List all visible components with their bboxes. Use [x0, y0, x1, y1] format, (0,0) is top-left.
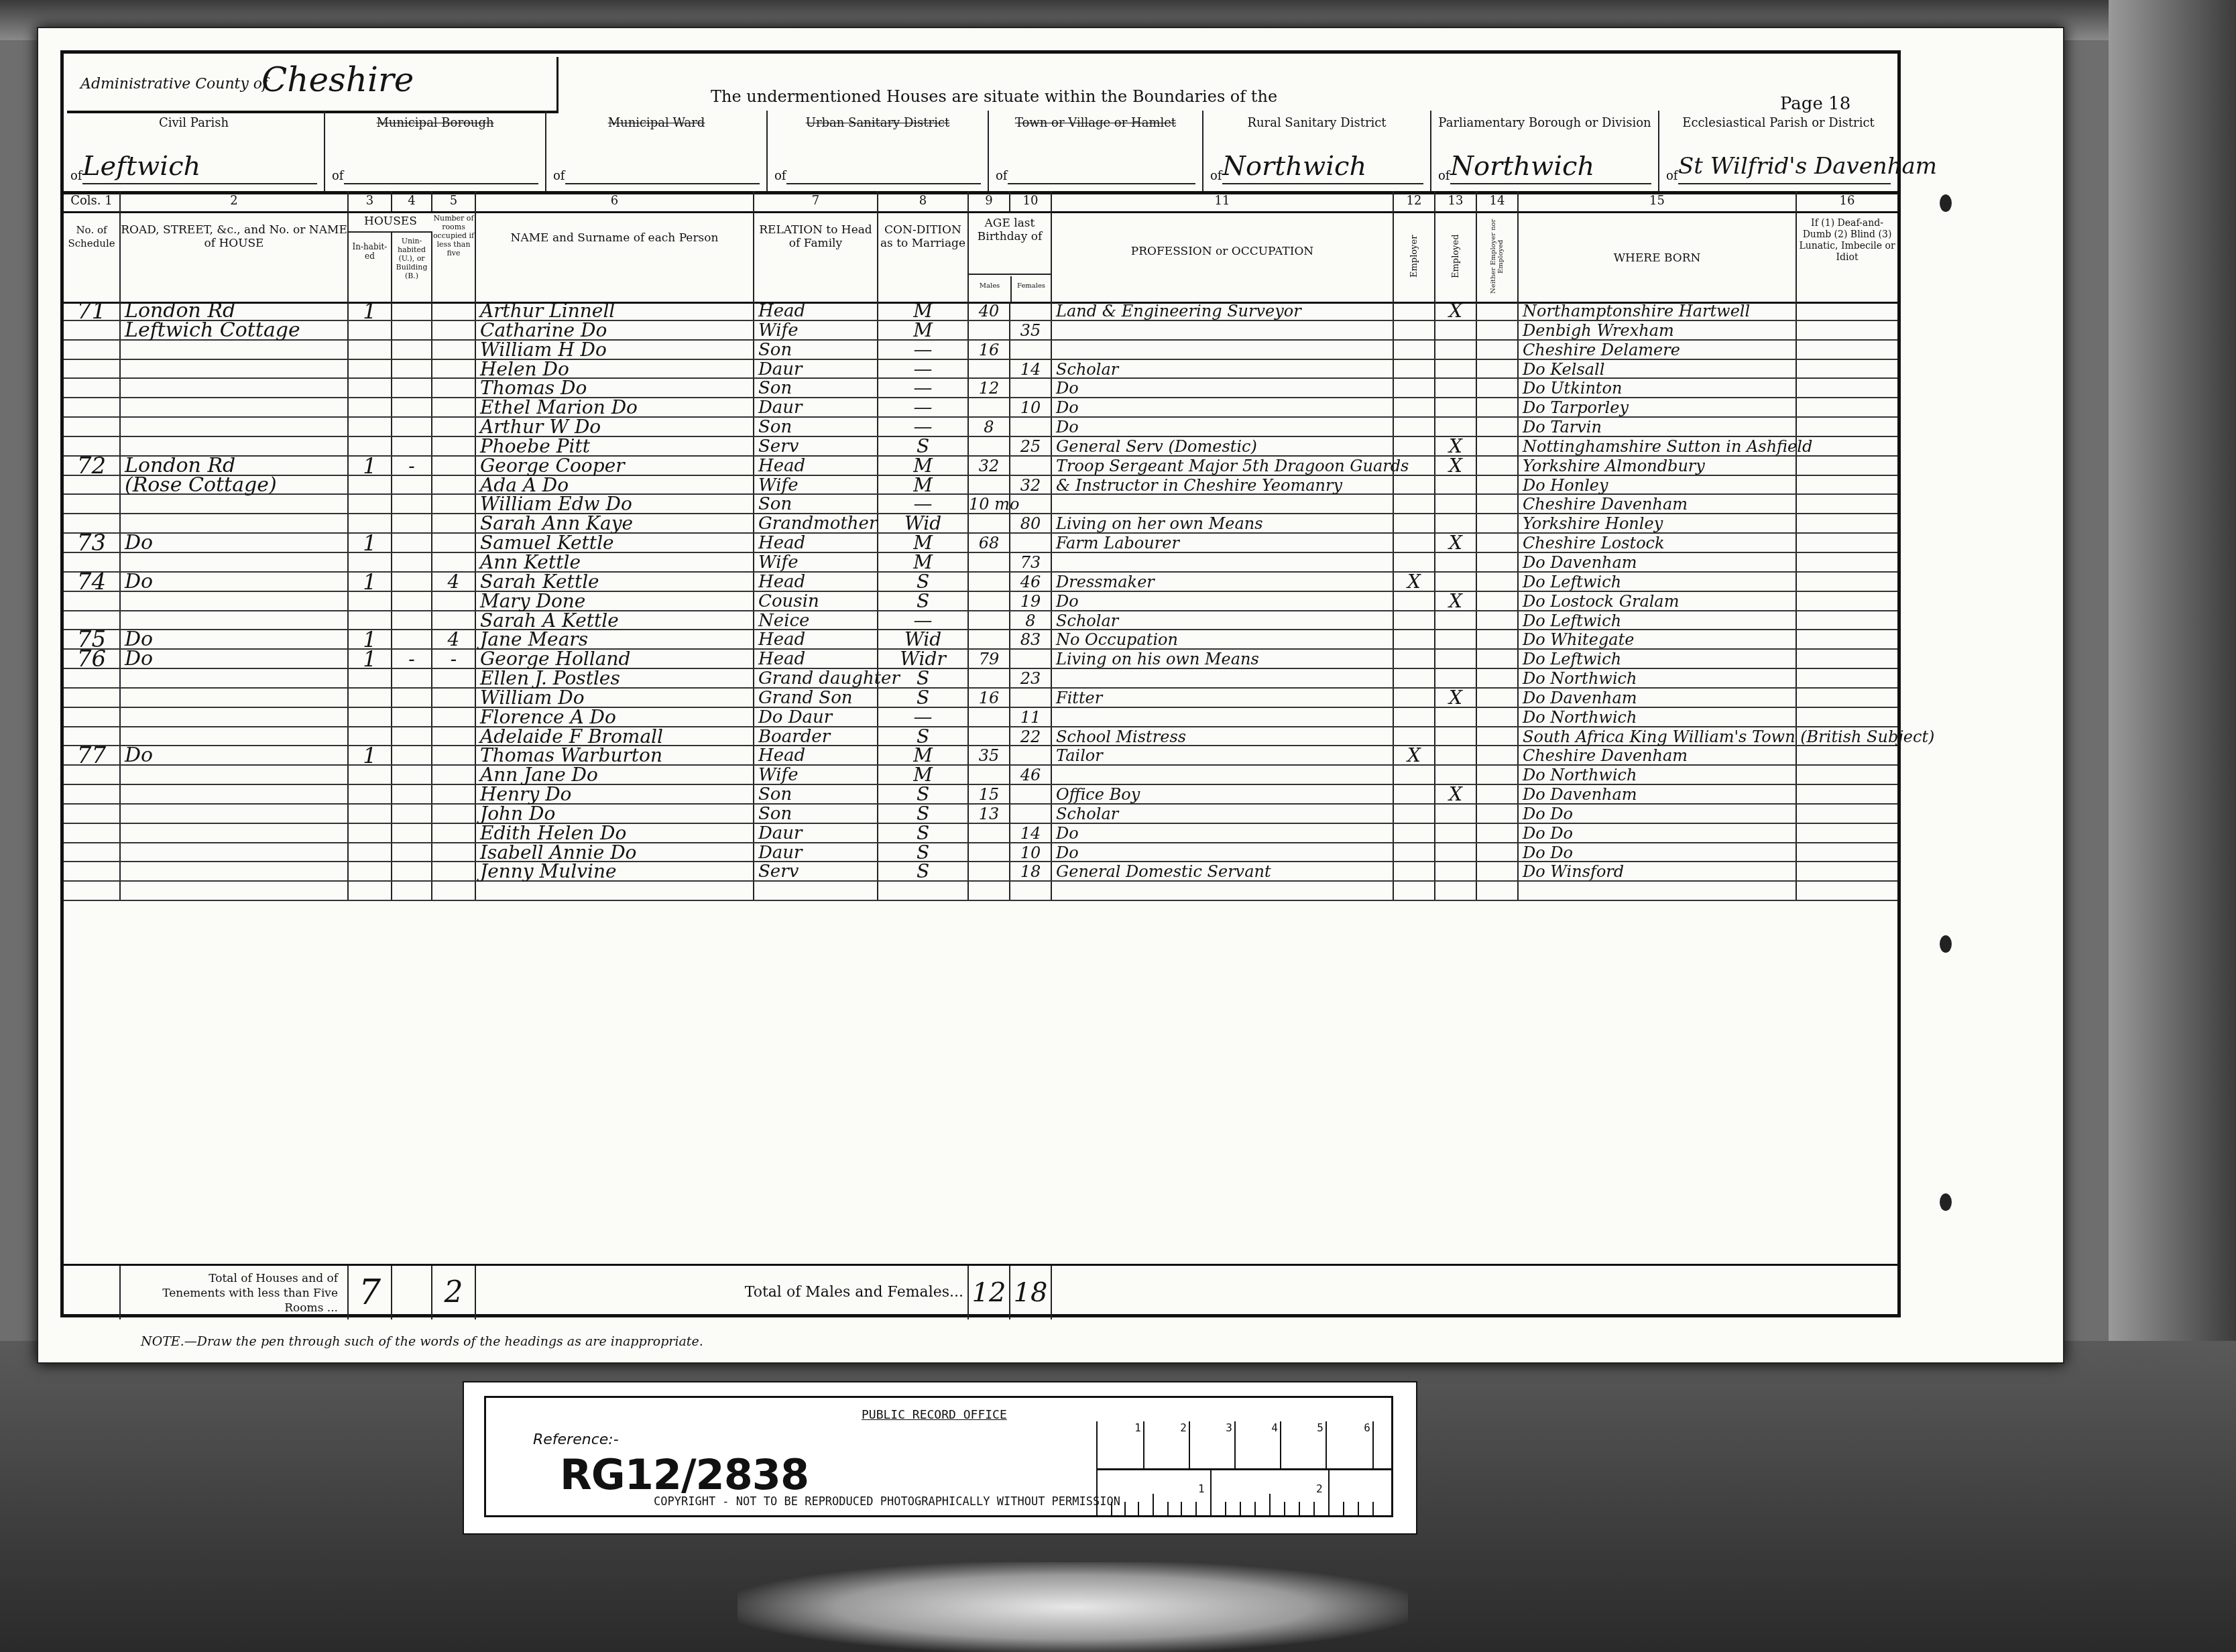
cell-rooms	[432, 321, 476, 339]
cell-road	[121, 341, 349, 359]
cell-schedule: 74	[64, 573, 121, 591]
cell-male-age: 35	[969, 746, 1010, 764]
cell-inhabited	[349, 824, 392, 842]
cell-neither	[1477, 746, 1519, 764]
cell-name: Thomas Warburton	[476, 746, 754, 764]
cell-schedule	[64, 495, 121, 513]
cell-infirmity	[1797, 843, 1897, 862]
cell-rooms	[432, 457, 476, 475]
cell-name: Phoebe Pitt	[476, 437, 754, 455]
location-municipal-borough: Municipal Borough of	[325, 111, 546, 191]
cell-relation: Son	[754, 495, 878, 513]
cell-where-born: Do Whitegate	[1519, 630, 1797, 648]
cell-rooms: 4	[432, 573, 476, 591]
cell-employer	[1394, 727, 1435, 746]
cell-road	[121, 592, 349, 610]
cell-infirmity	[1797, 689, 1897, 707]
cell-schedule	[64, 708, 121, 726]
cell-neither	[1477, 360, 1519, 378]
cell-occupation: Do	[1052, 418, 1394, 436]
scan-smudge	[738, 1562, 1408, 1652]
cell-road	[121, 611, 349, 630]
cell-where-born: Cheshire Delamere	[1519, 341, 1797, 359]
cell-infirmity	[1797, 785, 1897, 803]
table-row: Adelaide F BromallBoarderS22School Mistr…	[64, 727, 1897, 747]
cell-relation: Daur	[754, 360, 878, 378]
cell-road	[121, 785, 349, 803]
cell-male-age	[969, 727, 1010, 746]
cell-infirmity	[1797, 360, 1897, 378]
cell-infirmity	[1797, 379, 1897, 397]
cell-female-age: 11	[1010, 708, 1052, 726]
cell-schedule	[64, 785, 121, 803]
location-label: Ecclesiastical Parish or District	[1659, 116, 1897, 131]
cell-where-born	[1519, 882, 1797, 900]
cell-where-born: Cheshire Davenham	[1519, 495, 1797, 513]
cell-uninhabited	[392, 534, 432, 552]
cell-where-born: Cheshire Lostock	[1519, 534, 1797, 552]
location-municipal-ward: Municipal Ward of	[546, 111, 768, 191]
cell-employed	[1435, 611, 1477, 630]
cell-occupation	[1052, 708, 1394, 726]
cell-employer	[1394, 360, 1435, 378]
of-label: of	[774, 169, 786, 183]
scale-minor-tick	[1240, 1502, 1241, 1515]
cell-where-born: Northamptonshire Hartwell	[1519, 302, 1797, 320]
cell-rooms	[432, 708, 476, 726]
cell-condition: Wid	[878, 630, 969, 648]
scale-minor-tick	[1372, 1502, 1374, 1515]
cell-infirmity	[1797, 882, 1897, 900]
cell-schedule	[64, 824, 121, 842]
cell-neither	[1477, 495, 1519, 513]
cell-neither	[1477, 476, 1519, 494]
cell-employer	[1394, 882, 1435, 900]
cell-male-age: 40	[969, 302, 1010, 320]
totals-tenements: 2	[432, 1266, 476, 1319]
cell-female-age: 8	[1010, 611, 1052, 630]
cell-schedule: 77	[64, 746, 121, 764]
cell-employer	[1394, 766, 1435, 784]
cell-condition: —	[878, 341, 969, 359]
header-inhabited: In-habit-ed	[349, 233, 392, 302]
cell-female-age	[1010, 341, 1052, 359]
table-row: Helen DoDaur—14ScholarDo Kelsall	[64, 360, 1897, 379]
cell-neither	[1477, 534, 1519, 552]
header-name: NAME and Surname of each Person	[476, 211, 754, 302]
cell-schedule	[64, 476, 121, 494]
cell-inhabited	[349, 321, 392, 339]
scale-minor-tick	[1181, 1502, 1182, 1515]
header-employer: Employer	[1394, 211, 1435, 302]
cell-where-born: Do Northwich	[1519, 669, 1797, 687]
cell-uninhabited	[392, 321, 432, 339]
totals-houses-inhabited: 7	[349, 1266, 392, 1319]
cell-uninhabited	[392, 785, 432, 803]
cell-occupation: Fitter	[1052, 689, 1394, 707]
cell-rooms	[432, 302, 476, 320]
location-value	[344, 150, 538, 184]
cell-male-age: 79	[969, 650, 1010, 668]
cell-occupation: Farm Labourer	[1052, 534, 1394, 552]
header-females: Females	[1010, 276, 1052, 296]
cell-employer	[1394, 843, 1435, 862]
cell-employed	[1435, 360, 1477, 378]
cell-road	[121, 514, 349, 532]
cell-occupation: Land & Engineering Surveyor	[1052, 302, 1394, 320]
cell-name: Ada A Do	[476, 476, 754, 494]
cell-schedule: 76	[64, 650, 121, 668]
header-uninhabited: Unin-habited (U.), or Building (B.)	[392, 233, 432, 302]
cell-rooms	[432, 592, 476, 610]
cell-name: Sarah A Kettle	[476, 611, 754, 630]
cell-employed	[1435, 476, 1477, 494]
scale-minor-tick	[1254, 1502, 1256, 1515]
cell-employed	[1435, 766, 1477, 784]
cell-neither	[1477, 611, 1519, 630]
cell-schedule	[64, 862, 121, 880]
cell-infirmity	[1797, 534, 1897, 552]
cell-female-age	[1010, 379, 1052, 397]
header-road: ROAD, STREET, &c., and No. or NAME of HO…	[121, 211, 349, 302]
cell-name: William Do	[476, 689, 754, 707]
cell-inhabited	[349, 437, 392, 455]
totals-persons-label: Total of Males and Females...	[476, 1266, 969, 1319]
col-number: 14	[1477, 191, 1519, 211]
cell-relation: Serv	[754, 862, 878, 880]
cell-male-age	[969, 882, 1010, 900]
cell-occupation	[1052, 495, 1394, 513]
cell-infirmity	[1797, 630, 1897, 648]
cell-condition: S	[878, 862, 969, 880]
cell-condition	[878, 882, 969, 900]
cell-uninhabited	[392, 882, 432, 900]
cell-name: Edith Helen Do	[476, 824, 754, 842]
cell-where-born: Nottinghamshire Sutton in Ashfield	[1519, 437, 1797, 455]
cell-employer	[1394, 805, 1435, 823]
cell-inhabited: 1	[349, 630, 392, 648]
cell-male-age	[969, 514, 1010, 532]
header-condition: CON-DITION as to Marriage	[878, 211, 969, 302]
cell-uninhabited	[392, 495, 432, 513]
of-label: of	[1438, 169, 1450, 183]
cell-schedule	[64, 843, 121, 862]
cell-condition: S	[878, 573, 969, 591]
cell-rooms	[432, 553, 476, 571]
cell-road: Do	[121, 573, 349, 591]
cell-schedule	[64, 398, 121, 416]
cell-employed	[1435, 746, 1477, 764]
cell-neither	[1477, 689, 1519, 707]
cell-neither	[1477, 398, 1519, 416]
cell-where-born: Do Winsford	[1519, 862, 1797, 880]
of-label: of	[1210, 169, 1222, 183]
cell-uninhabited: -	[392, 650, 432, 668]
cell-schedule	[64, 689, 121, 707]
header-houses: HOUSES	[349, 211, 432, 233]
cell-road	[121, 805, 349, 823]
cell-uninhabited	[392, 746, 432, 764]
cell-employer	[1394, 553, 1435, 571]
reference-label: Reference:-	[533, 1431, 619, 1448]
cell-neither	[1477, 321, 1519, 339]
cell-occupation: Living on his own Means	[1052, 650, 1394, 668]
cell-infirmity	[1797, 321, 1897, 339]
cell-male-age: 8	[969, 418, 1010, 436]
cell-where-born: Do Do	[1519, 805, 1797, 823]
cell-condition: M	[878, 766, 969, 784]
cell-employed: X	[1435, 689, 1477, 707]
cell-road	[121, 727, 349, 746]
cell-where-born: Denbigh Wrexham	[1519, 321, 1797, 339]
cell-rooms	[432, 689, 476, 707]
column-header-row: No. of Schedule ROAD, STREET, &c., and N…	[64, 211, 1897, 304]
cell-employed: X	[1435, 785, 1477, 803]
cell-relation: Son	[754, 805, 878, 823]
cell-uninhabited	[392, 592, 432, 610]
cell-rooms	[432, 766, 476, 784]
location-civil-parish: Civil Parish of Leftwich	[64, 111, 325, 191]
cell-where-born: Do Leftwich	[1519, 650, 1797, 668]
cell-neither	[1477, 457, 1519, 475]
cell-road	[121, 669, 349, 687]
cell-inhabited	[349, 398, 392, 416]
of-label: of	[70, 169, 82, 183]
header-age: AGE last Birthday of	[969, 211, 1051, 275]
cell-infirmity	[1797, 727, 1897, 746]
cell-relation: Daur	[754, 843, 878, 862]
cell-male-age: 12	[969, 379, 1010, 397]
cell-schedule: 71	[64, 302, 121, 320]
cell-neither	[1477, 341, 1519, 359]
cell-where-born: Do Kelsall	[1519, 360, 1797, 378]
cell-uninhabited	[392, 727, 432, 746]
cell-road	[121, 824, 349, 842]
col-number: Cols. 1	[64, 191, 121, 211]
cell-name: Jenny Mulvine	[476, 862, 754, 880]
punch-hole	[1940, 194, 1952, 212]
cell-employer	[1394, 514, 1435, 532]
table-row: Isabell Annie DoDaurS10DoDo Do	[64, 843, 1897, 863]
cell-rooms	[432, 824, 476, 842]
cell-condition: M	[878, 553, 969, 571]
cell-schedule	[64, 669, 121, 687]
cell-infirmity	[1797, 476, 1897, 494]
cell-uninhabited	[392, 398, 432, 416]
table-row: 72London Rd1-George CooperHeadM32Troop S…	[64, 457, 1897, 476]
cell-male-age	[969, 611, 1010, 630]
cell-uninhabited	[392, 302, 432, 320]
col-number: 11	[1052, 191, 1394, 211]
cell-name	[476, 882, 754, 900]
cell-inhabited	[349, 418, 392, 436]
location-town-village: Town or Village or Hamlet of	[989, 111, 1203, 191]
cell-occupation: School Mistress	[1052, 727, 1394, 746]
cell-rooms	[432, 805, 476, 823]
cell-road: (Rose Cottage)	[121, 476, 349, 494]
cell-employed: X	[1435, 592, 1477, 610]
cell-relation	[754, 882, 878, 900]
table-row: Henry DoSonS15Office BoyXDo Davenham	[64, 785, 1897, 805]
cell-infirmity	[1797, 766, 1897, 784]
cell-road	[121, 882, 349, 900]
cell-where-born: Do Lostock Gralam	[1519, 592, 1797, 610]
cell-neither	[1477, 708, 1519, 726]
table-row: Florence A DoDo Daur—11Do Northwich	[64, 708, 1897, 727]
cell-female-age: 23	[1010, 669, 1052, 687]
cell-road: London Rd	[121, 457, 349, 475]
cell-male-age	[969, 862, 1010, 880]
cell-condition: M	[878, 302, 969, 320]
cell-where-born: Do Utkinton	[1519, 379, 1797, 397]
location-urban-sanitary-district: Urban Sanitary District of	[768, 111, 989, 191]
cell-male-age	[969, 437, 1010, 455]
table-row: William Edw DoSon—10 moCheshire Davenham	[64, 495, 1897, 514]
cell-where-born: Do Tarvin	[1519, 418, 1797, 436]
cell-occupation: Scholar	[1052, 360, 1394, 378]
cell-employer	[1394, 630, 1435, 648]
totals-females: 18	[1010, 1266, 1052, 1319]
col-number: 3	[349, 191, 392, 211]
cell-inhabited	[349, 708, 392, 726]
cell-name: Catharine Do	[476, 321, 754, 339]
cell-female-age: 22	[1010, 727, 1052, 746]
totals-houses-label: Total of Houses and of Tenements with le…	[121, 1266, 349, 1319]
cell-inhabited: 1	[349, 302, 392, 320]
cell-infirmity	[1797, 862, 1897, 880]
cell-condition: S	[878, 689, 969, 707]
cell-name: Florence A Do	[476, 708, 754, 726]
cell-name: Helen Do	[476, 360, 754, 378]
cell-inhabited	[349, 611, 392, 630]
cell-male-age	[969, 573, 1010, 591]
table-row: Ellen J. PostlesGrand daughterS23Do Nort…	[64, 669, 1897, 689]
col-number: 10	[1010, 191, 1052, 211]
cell-female-age: 10	[1010, 398, 1052, 416]
header-infirmity: If (1) Deaf-and-Dumb (2) Blind (3) Lunat…	[1797, 211, 1897, 302]
cell-employed: X	[1435, 302, 1477, 320]
cell-uninhabited	[392, 766, 432, 784]
cell-where-born: Yorkshire Honley	[1519, 514, 1797, 532]
cell-uninhabited	[392, 862, 432, 880]
cell-neither	[1477, 514, 1519, 532]
cell-rooms	[432, 862, 476, 880]
cell-male-age	[969, 708, 1010, 726]
cell-relation: Head	[754, 534, 878, 552]
cell-rooms	[432, 534, 476, 552]
cell-inhabited	[349, 514, 392, 532]
cell-employer	[1394, 862, 1435, 880]
scale-tick: 3	[1190, 1421, 1236, 1468]
cell-infirmity	[1797, 824, 1897, 842]
location-label: Municipal Ward	[546, 116, 766, 131]
cell-employer	[1394, 476, 1435, 494]
header-rooms: Number of rooms occupied if less than fi…	[432, 211, 476, 302]
cell-relation: Grand daughter	[754, 669, 878, 687]
col-number: 8	[878, 191, 969, 211]
scale-minor-tick	[1313, 1502, 1315, 1515]
cell-employer	[1394, 650, 1435, 668]
cell-occupation: Dressmaker	[1052, 573, 1394, 591]
cell-schedule	[64, 321, 121, 339]
cell-relation: Grandmother	[754, 514, 878, 532]
table-row: Sarah Ann KayeGrandmotherWid80Living on …	[64, 514, 1897, 534]
cell-neither	[1477, 843, 1519, 862]
cell-schedule	[64, 592, 121, 610]
cell-occupation: Do	[1052, 592, 1394, 610]
location-ecclesiastical-parish: Ecclesiastical Parish or District of St …	[1659, 111, 1897, 191]
cell-relation: Cousin	[754, 592, 878, 610]
cell-occupation	[1052, 553, 1394, 571]
cell-uninhabited	[392, 553, 432, 571]
cell-female-age	[1010, 746, 1052, 764]
cell-schedule	[64, 805, 121, 823]
cell-condition: —	[878, 360, 969, 378]
cell-road	[121, 553, 349, 571]
cell-male-age	[969, 553, 1010, 571]
cell-employed	[1435, 341, 1477, 359]
cell-neither	[1477, 882, 1519, 900]
table-row: Jenny MulvineServS18General Domestic Ser…	[64, 862, 1897, 882]
cell-condition: S	[878, 785, 969, 803]
cell-infirmity	[1797, 341, 1897, 359]
cell-where-born: Do Davenham	[1519, 785, 1797, 803]
cell-employer	[1394, 457, 1435, 475]
table-row: (Rose Cottage)Ada A DoWifeM32& Instructo…	[64, 476, 1897, 495]
scale-label: 2	[1316, 1482, 1323, 1495]
cell-employer	[1394, 321, 1435, 339]
cell-relation: Grand Son	[754, 689, 878, 707]
cell-inhabited	[349, 689, 392, 707]
cell-employed	[1435, 843, 1477, 862]
col-number: 2	[121, 191, 349, 211]
header-employed: Employed	[1435, 211, 1477, 302]
cell-employed	[1435, 630, 1477, 648]
cell-road: Do	[121, 746, 349, 764]
cell-employed	[1435, 805, 1477, 823]
cell-road	[121, 398, 349, 416]
scale-minor-tick	[1269, 1494, 1271, 1515]
cell-road: Do	[121, 650, 349, 668]
cell-road: Do	[121, 630, 349, 648]
location-label: Municipal Borough	[325, 116, 545, 131]
scale-tick: 6	[1327, 1421, 1374, 1468]
cell-occupation: Do	[1052, 398, 1394, 416]
scale-minor-tick	[1284, 1502, 1285, 1515]
cell-female-age: 18	[1010, 862, 1052, 880]
cell-female-age: 83	[1010, 630, 1052, 648]
cell-inhabited: 1	[349, 534, 392, 552]
table-row: William DoGrand SonS16FitterXDo Davenham	[64, 689, 1897, 708]
cell-road	[121, 766, 349, 784]
scale-cm: 1 2 3 4 5 6	[1098, 1421, 1393, 1470]
cell-neither	[1477, 592, 1519, 610]
cell-occupation: & Instructor in Cheshire Yeomanry	[1052, 476, 1394, 494]
table-row: Ann KettleWifeM73Do Davenham	[64, 553, 1897, 573]
cell-employer	[1394, 689, 1435, 707]
cell-rooms	[432, 727, 476, 746]
cell-name: Mary Done	[476, 592, 754, 610]
header-neither-label: Neither Employer nor Employed	[1490, 211, 1505, 302]
header-occupation: PROFESSION or OCCUPATION	[1052, 211, 1394, 302]
cell-infirmity	[1797, 708, 1897, 726]
cell-name: Adelaide F Bromall	[476, 727, 754, 746]
census-entries: 71London Rd1Arthur LinnellHeadM40Land & …	[64, 302, 1897, 901]
table-row: John DoSonS13ScholarDo Do	[64, 805, 1897, 824]
of-label: of	[1666, 169, 1678, 183]
cell-employer: X	[1394, 746, 1435, 764]
table-row: Ethel Marion DoDaur—10DoDo Tarporley	[64, 398, 1897, 418]
